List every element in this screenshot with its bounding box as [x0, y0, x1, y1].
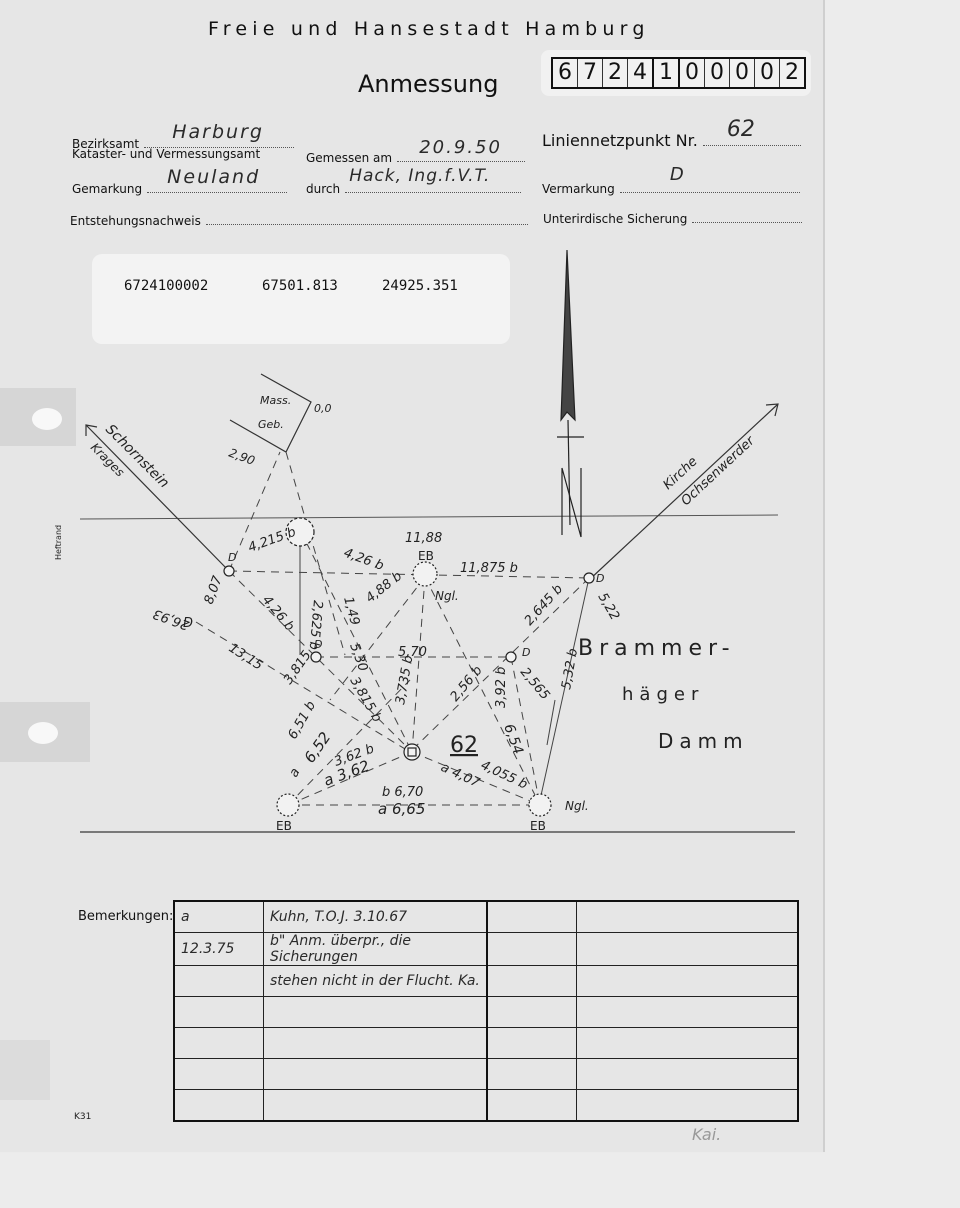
- measurement-label: 3,735 b: [393, 654, 416, 705]
- measurement-label: 26,93: [151, 606, 191, 633]
- remarks-cell: a: [174, 901, 264, 933]
- remarks-cell: [577, 901, 799, 933]
- measurement-label: a 4,07: [438, 760, 482, 791]
- remarks-table: aKuhn, T.O.J. 3.10.6712.3.75b" Anm. über…: [173, 900, 799, 1122]
- remarks-cell: [487, 933, 577, 966]
- measurement-label: 5,22: [595, 591, 622, 624]
- remarks-row: stehen nicht in der Flucht. Ka.: [174, 966, 798, 997]
- remarks-cell: [174, 1090, 264, 1122]
- remarks-row: [174, 1028, 798, 1059]
- remarks-cell: [577, 997, 799, 1028]
- measurement-label: 1,49: [340, 595, 362, 627]
- sketch-label: Ngl.: [565, 799, 589, 813]
- measurement-label: 13,15: [226, 641, 265, 674]
- tree-icon-eb-right: [529, 794, 551, 816]
- measurement-label: a 6,65: [378, 800, 425, 818]
- remarks-cell: [264, 1059, 488, 1090]
- remarks-cell: [487, 1059, 577, 1090]
- remarks-cell: [577, 1090, 799, 1122]
- measurement-label: 4,215 b: [246, 525, 298, 556]
- sketch-label: Mass.: [260, 394, 291, 407]
- sketch-label: EB: [418, 549, 434, 563]
- measurement-label: 2,56 b: [448, 663, 486, 704]
- north-arrow-icon: [557, 250, 584, 537]
- sketch-label: 62: [450, 733, 478, 758]
- remarks-cell: stehen nicht in der Flucht. Ka.: [264, 966, 488, 997]
- tree-icon-eb: [413, 562, 437, 586]
- remarks-cell: [264, 1028, 488, 1059]
- measurement-label: a: [286, 766, 303, 780]
- building-outline: [230, 374, 311, 452]
- remarks-cell: 12.3.75: [174, 933, 264, 966]
- remarks-row: aKuhn, T.O.J. 3.10.67: [174, 901, 798, 933]
- form-code: K31: [74, 1112, 91, 1122]
- sketch-label: Damm: [658, 729, 749, 753]
- sketch-label: häger: [622, 684, 704, 705]
- remarks-cell: b" Anm. überpr., die Sicherungen: [264, 933, 488, 966]
- remarks-cell: [264, 997, 488, 1028]
- remarks-row: 12.3.75b" Anm. überpr., die Sicherungen: [174, 933, 798, 966]
- remarks-cell: [487, 1090, 577, 1122]
- measurement-label: 3,815: [281, 648, 315, 687]
- signature: Kai.: [692, 1125, 721, 1144]
- survey-marker-d1: [224, 566, 234, 576]
- sketch-label: D: [228, 551, 236, 564]
- remarks-cell: [487, 901, 577, 933]
- measurement-label: 4,055 b: [478, 758, 529, 793]
- measurement-label: 11,875 b: [460, 561, 518, 576]
- remarks-cell: [577, 1028, 799, 1059]
- remarks-cell: [264, 1090, 488, 1122]
- sketch-label: Geb.: [258, 418, 284, 431]
- measurement-label: 5,32 b: [559, 647, 581, 690]
- sketch-label: 0,0: [314, 402, 332, 415]
- survey-marker-d2: [584, 573, 594, 583]
- measurement-label: 11,88: [405, 531, 442, 546]
- sketch-label: EB: [276, 819, 292, 833]
- sketch-label: D: [522, 646, 530, 659]
- measurement-label: 2,565: [517, 665, 552, 703]
- sketch-label: 2,90: [227, 446, 257, 468]
- remarks-cell: [174, 1028, 264, 1059]
- measurement-label: 6,52: [301, 729, 335, 767]
- tree-icon-eb-left: [277, 794, 299, 816]
- remarks-cell: [174, 997, 264, 1028]
- point-62-marker: [404, 744, 420, 760]
- sketch-label: D: [596, 572, 604, 585]
- measurement-label: 4,26 b: [259, 593, 297, 634]
- remarks-cell: Kuhn, T.O.J. 3.10.67: [264, 901, 488, 933]
- measurement-label: 6,54: [500, 722, 526, 757]
- sketch-label: EB: [530, 819, 546, 833]
- measurement-label: 3,92 b: [494, 667, 509, 708]
- remarks-cell: [487, 966, 577, 997]
- road-edge-top: [80, 515, 778, 519]
- remarks-cell: [577, 966, 799, 997]
- sketch-label: Ngl.: [435, 589, 459, 603]
- remarks-cell: [577, 1059, 799, 1090]
- measurement-label: 8,07: [202, 573, 226, 606]
- survey-marker-d4: [506, 652, 516, 662]
- measurement-label: 2,625 b: [306, 600, 325, 651]
- remarks-label: Bemerkungen:: [78, 909, 173, 924]
- remarks-row: [174, 1090, 798, 1122]
- remarks-cell: [487, 997, 577, 1028]
- measurement-label: 4,26 b: [342, 546, 386, 574]
- sketch-label: Brammer-: [578, 636, 736, 661]
- remarks-cell: [487, 1028, 577, 1059]
- remarks-cell: [577, 933, 799, 966]
- remarks-cell: [174, 1059, 264, 1090]
- measurement-label: b 6,70: [382, 785, 423, 800]
- remarks-cell: [174, 966, 264, 997]
- remarks-row: [174, 1059, 798, 1090]
- arrow-line-schornstein: [86, 425, 229, 571]
- remarks-row: [174, 997, 798, 1028]
